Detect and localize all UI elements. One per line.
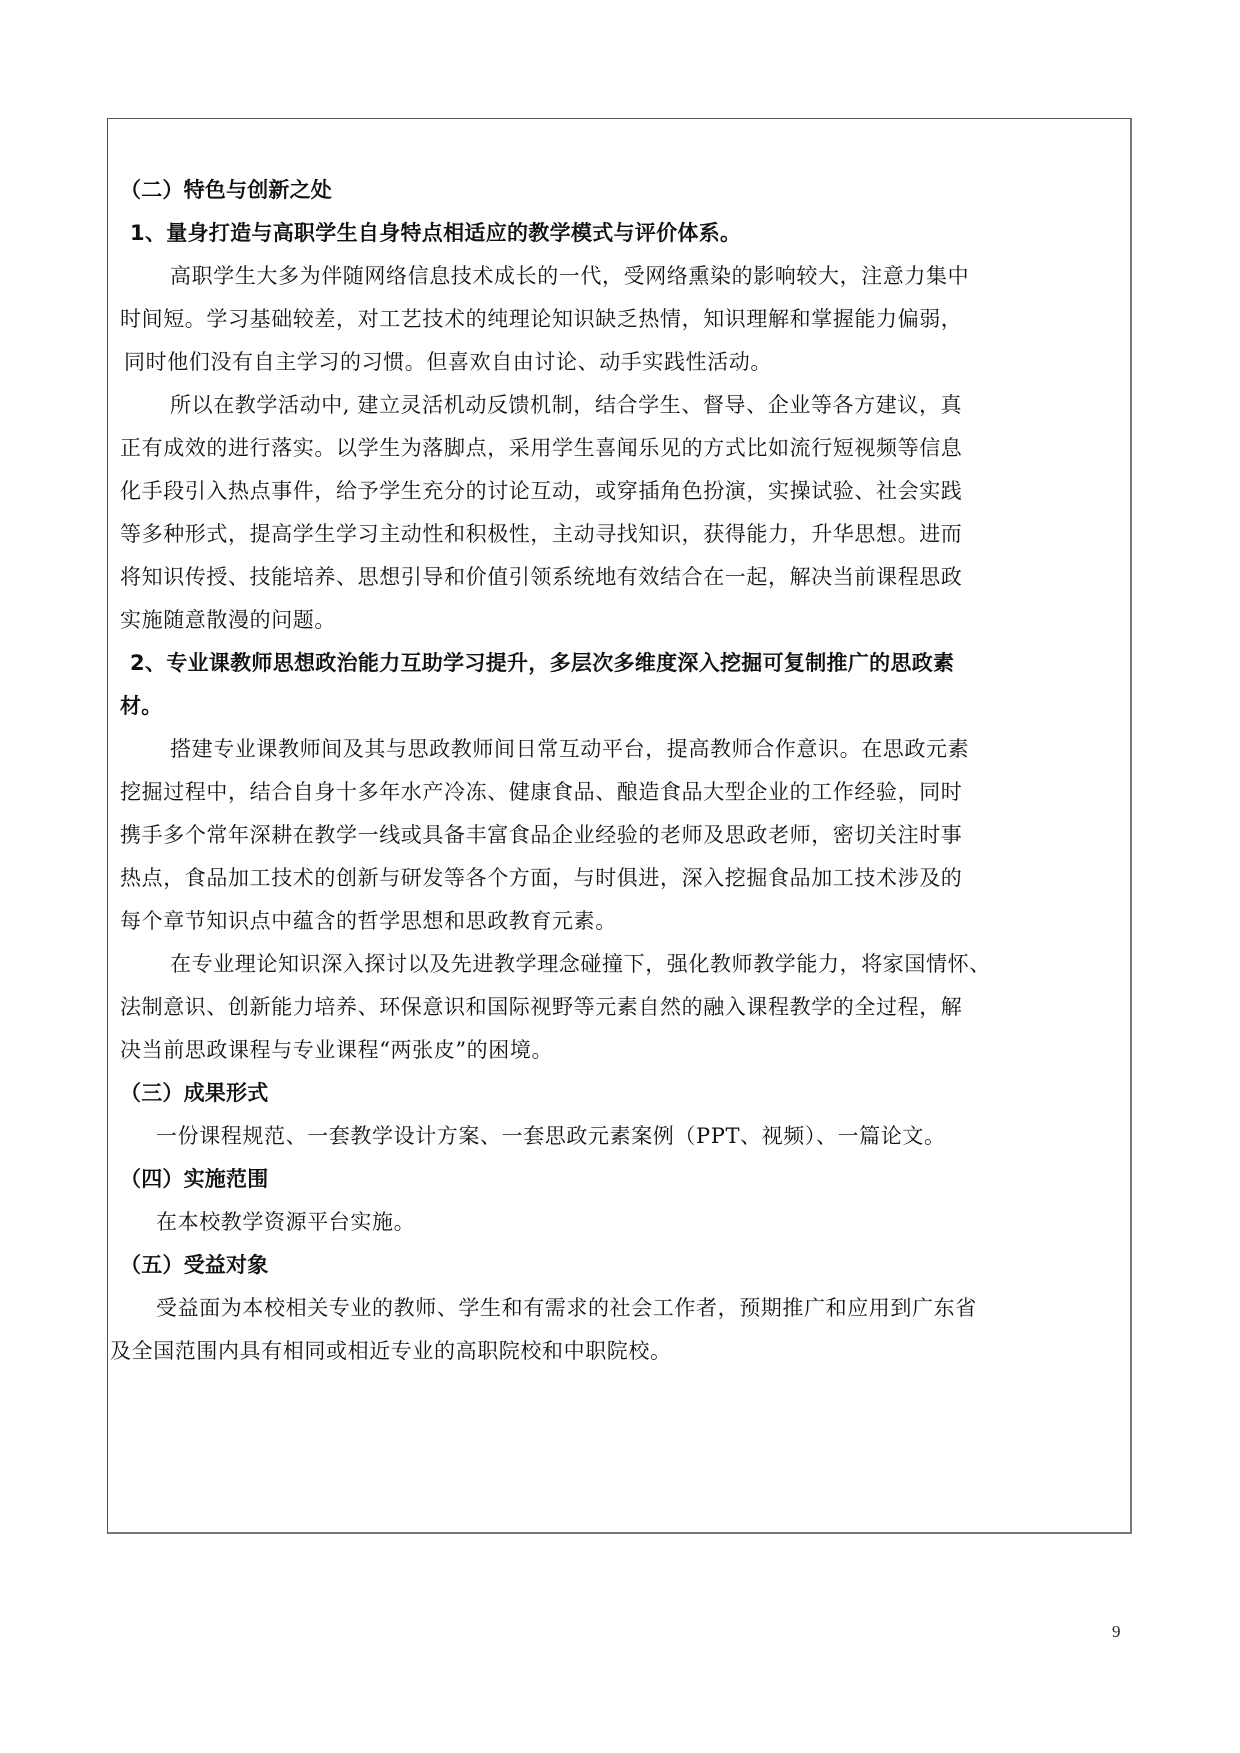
- point-2-title: 2、专业课教师思想政治能力互助学习提升，多层次多维度深入挖掘可复制推广的思政素: [120, 642, 1120, 685]
- section-heading-features-innovation: （二）特色与创新之处: [120, 169, 1120, 212]
- page-number: 9: [1112, 1622, 1121, 1642]
- paragraph-line: 搭建专业课教师间及其与思政教师间日常互动平台，提高教师合作意识。在思政元素: [120, 728, 1120, 771]
- paragraph-line: 高职学生大多为伴随网络信息技术成长的一代，受网络熏染的影响较大，注意力集中: [120, 255, 1120, 298]
- point-2-title-continued: 材。: [120, 685, 1120, 728]
- section-heading-beneficiaries: （五）受益对象: [120, 1244, 1120, 1287]
- paragraph-line: 受益面为本校相关专业的教师、学生和有需求的社会工作者，预期推广和应用到广东省: [120, 1287, 1120, 1330]
- paragraph-line: 携手多个常年深耕在教学一线或具备丰富食品企业经验的老师及思政老师，密切关注时事: [120, 814, 1120, 857]
- point-1-title: 1、量身打造与高职学生自身特点相适应的教学模式与评价体系。: [120, 212, 1120, 255]
- paragraph-line: 化手段引入热点事件，给予学生充分的讨论互动，或穿插角色扮演，实操试验、社会实践: [120, 470, 1120, 513]
- paragraph-line: 同时他们没有自主学习的习惯。但喜欢自由讨论、动手实践性活动。: [120, 341, 1120, 384]
- paragraph-line: 法制意识、创新能力培养、环保意识和国际视野等元素自然的融入课程教学的全过程，解: [120, 986, 1120, 1029]
- document-body: （二）特色与创新之处 1、量身打造与高职学生自身特点相适应的教学模式与评价体系。…: [120, 169, 1120, 1373]
- section-heading-outcome-form: （三）成果形式: [120, 1072, 1120, 1115]
- paragraph-line: 一份课程规范、一套教学设计方案、一套思政元素案例（PPT、视频）、一篇论文。: [120, 1115, 1120, 1158]
- paragraph-line: 每个章节知识点中蕴含的哲学思想和思政教育元素。: [120, 900, 1120, 943]
- paragraph-line: 决当前思政课程与专业课程“两张皮”的困境。: [120, 1029, 1120, 1072]
- paragraph-line: 所以在教学活动中, 建立灵活机动反馈机制，结合学生、督导、企业等各方建议，真: [120, 384, 1120, 427]
- content-frame: （二）特色与创新之处 1、量身打造与高职学生自身特点相适应的教学模式与评价体系。…: [107, 118, 1132, 1534]
- section-heading-implementation-scope: （四）实施范围: [120, 1158, 1120, 1201]
- paragraph-line: 在专业理论知识深入探讨以及先进教学理念碰撞下，强化教师教学能力，将家国情怀、: [120, 943, 1120, 986]
- paragraph-line: 正有成效的进行落实。以学生为落脚点，采用学生喜闻乐见的方式比如流行短视频等信息: [120, 427, 1120, 470]
- paragraph-line: 等多种形式，提高学生学习主动性和积极性，主动寻找知识，获得能力，升华思想。进而: [120, 513, 1120, 556]
- paragraph-line: 实施随意散漫的问题。: [120, 599, 1120, 642]
- paragraph-line: 热点，食品加工技术的创新与研发等各个方面，与时俱进，深入挖掘食品加工技术涉及的: [120, 857, 1120, 900]
- paragraph-line: 及全国范围内具有相同或相近专业的高职院校和中职院校。: [110, 1330, 1120, 1373]
- paragraph-line: 时间短。学习基础较差，对工艺技术的纯理论知识缺乏热情，知识理解和掌握能力偏弱，: [120, 298, 1120, 341]
- paragraph-line: 在本校教学资源平台实施。: [120, 1201, 1120, 1244]
- paragraph-line: 挖掘过程中，结合自身十多年水产冷冻、健康食品、酿造食品大型企业的工作经验，同时: [120, 771, 1120, 814]
- paragraph-line: 将知识传授、技能培养、思想引导和价值引领系统地有效结合在一起，解决当前课程思政: [120, 556, 1120, 599]
